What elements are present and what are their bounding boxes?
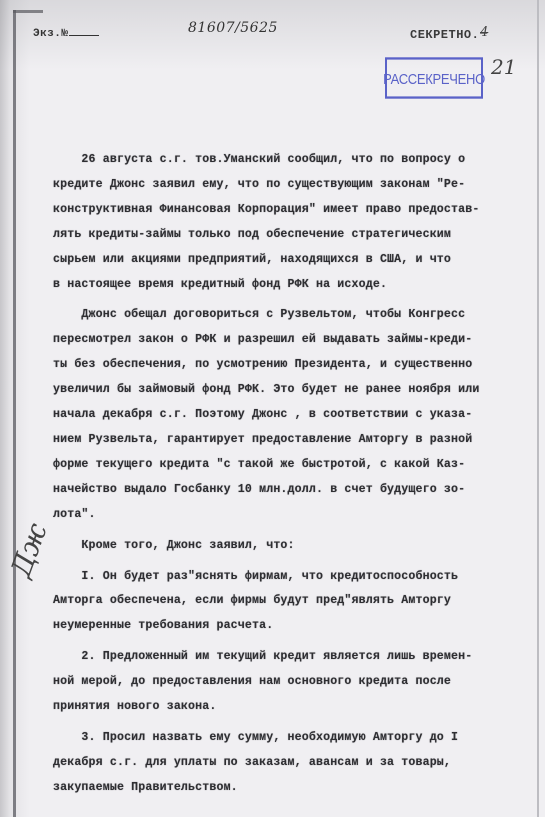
crossed-page-mark: 4 [480,25,488,40]
text-line: ной мерой, до предоставления нам основно… [53,670,523,695]
text-line: 2. Предложенный им текущий кредит являет… [53,645,523,670]
paragraph: Джонс обещал договориться с Рузвельтом, … [53,303,523,527]
text-line: начейство выдало Госбанку 10 млн.долл. в… [53,478,523,503]
page-number: 21 [491,55,516,79]
copy-number-blank [69,35,99,36]
text-line: форме текущего кредита "с такой же быстр… [53,453,523,478]
copy-number-label: Экз.№ [33,28,69,40]
paragraph: 26 августа с.г. тов.Уманский сообщил, чт… [53,148,523,297]
text-line: I. Он будет раз"яснять фирмам, что креди… [53,565,523,590]
text-line: Амторга обеспечена, если фирмы будут пре… [53,589,523,614]
text-line: лять кредиты-займы только под обеспечени… [53,223,523,248]
page-right-edge [537,0,539,817]
document-page: Экз.№ 81607/5625 СЕКРЕТНО. 4 21 РАССЕКРЕ… [0,0,545,817]
text-line: ты без обеспечения, по усмотрению Презид… [53,353,523,378]
text-line: Джонс обещал договориться с Рузвельтом, … [53,303,523,328]
text-line: нием Рузвельта, гарантирует предоставлен… [53,428,523,453]
text-line: 3. Просил назвать ему сумму, необходимую… [53,726,523,751]
page-left-edge [13,10,16,817]
copy-number: Экз.№ [33,28,99,40]
stamp-text: РАССЕКРЕЧЕНО [383,69,485,86]
declassified-stamp: РАССЕКРЕЧЕНО [385,57,483,98]
text-line: начала декабря с.г. Поэтому Джонс , в со… [53,403,523,428]
text-line: закупаемые Правительством. [53,776,523,801]
page-top-edge [13,10,43,13]
text-line: в настоящее время кредитный фонд РФК на … [53,273,523,298]
paragraph: I. Он будет раз"яснять фирмам, что креди… [53,565,523,640]
text-line: Кроме того, Джонс заявил, что: [53,534,523,559]
text-line: сырьем или акциями предприятий, находящи… [53,248,523,273]
text-line: принятия нового закона. [53,695,523,720]
margin-annotation: Дж [4,519,54,582]
paragraph: 2. Предложенный им текущий кредит являет… [53,645,523,720]
text-line: конструктивная Финансовая Корпорация" им… [53,198,523,223]
text-line: увеличил бы займовый фонд РФК. Это будет… [53,378,523,403]
text-line: декабря с.г. для уплаты по заказам, аван… [53,751,523,776]
text-line: неумеренные требования расчета. [53,614,523,639]
text-line: кредите Джонс заявил ему, что по существ… [53,173,523,198]
archive-reference: 81607/5625 [188,20,278,36]
text-line: пересмотрел закон о РФК и разрешил ей вы… [53,328,523,353]
paragraph: Кроме того, Джонс заявил, что: [53,534,523,559]
classification-label: СЕКРЕТНО. [410,28,479,42]
document-body: 26 августа с.г. тов.Уманский сообщил, чт… [53,148,523,801]
text-line: лота". [53,503,523,528]
text-line: 26 августа с.г. тов.Уманский сообщил, чт… [53,148,523,173]
paragraph: 3. Просил назвать ему сумму, необходимую… [53,726,523,801]
